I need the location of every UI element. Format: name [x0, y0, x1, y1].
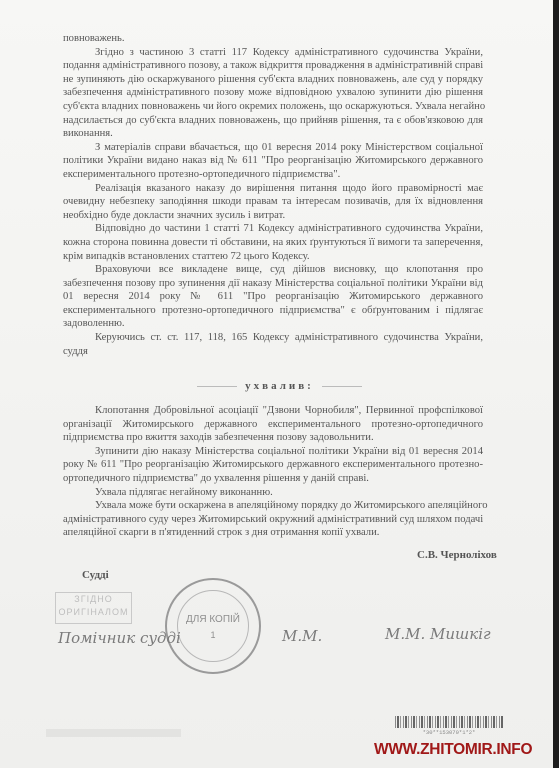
ruling-heading: ухвалив:: [0, 380, 559, 392]
judge-label: Судді: [82, 569, 109, 581]
text-line: забезпечення позову про зупинення дії на…: [63, 277, 483, 291]
text-line: адміністративного суду через Житомирськи…: [63, 513, 483, 527]
barcode-icon: [395, 716, 503, 728]
text-line: Керуючись ст. ст. 117, 118, 165 Кодексу …: [63, 331, 483, 345]
text-line: не зупиняють дію оскаржуваного рішення с…: [63, 73, 483, 87]
text-line: Ухвала може бути оскаржена в апеляційном…: [63, 499, 483, 513]
text-line: Враховуючи все викладене вище, суд дійшо…: [63, 263, 483, 277]
text-line: Зупинити дію наказу Міністерства соціаль…: [63, 445, 483, 459]
text-line: підприємства про вжиття заходів забезпеч…: [63, 431, 483, 445]
text-line: 01 вересня 2014 року № 611 "Про реоргані…: [63, 290, 483, 304]
text-line: крім випадків встановлених статтею 72 ць…: [63, 250, 483, 264]
text-line: експериментального протезно-ортопедичног…: [63, 304, 483, 318]
text-line: З матеріалів справи вбачається, що 01 ве…: [63, 141, 483, 155]
copy-stamp-line1: ЗГІДНО: [56, 593, 131, 606]
body-text-bottom: Клопотання Добровільної асоціації "Дзвон…: [63, 404, 483, 540]
handwritten-signature: М.М.: [282, 627, 322, 645]
signer-name: С.В. Черноліхов: [417, 549, 497, 561]
handwritten-note: Помічник судді: [58, 629, 181, 647]
text-line: очевидну небезпеку заподіяння шкоди прав…: [63, 195, 483, 209]
barcode-text: *30**153070*1*2*: [395, 729, 503, 736]
text-line: надсилається до суб'єкта владних повнова…: [63, 114, 483, 128]
copy-stamp-line2: ОРИГІНАЛОМ: [56, 606, 131, 619]
heading-text: ухвалив:: [245, 380, 314, 392]
court-seal-icon: ДЛЯ КОПІЙ 1: [165, 578, 261, 674]
body-text-top: повноважень.Згідно з частиною 3 статті 1…: [63, 32, 483, 358]
text-line: Відповідно до частини 1 статті 71 Кодекс…: [63, 222, 483, 236]
handwritten-name: М.М. Мишкіг: [385, 625, 491, 643]
text-line: року № 611 "Про реорганізацію Житомирськ…: [63, 458, 483, 472]
text-line: ортопедичного підприємства" до ухвалення…: [63, 472, 483, 486]
text-line: суб'єкта владних повноважень чи його окр…: [63, 100, 483, 114]
text-line: забезпечення адміністративного позову мо…: [63, 86, 483, 100]
text-line: апеляційної скарги в п'ятиденний строк з…: [63, 526, 483, 540]
text-line: експериментального протезно-ортопедичног…: [63, 168, 483, 182]
divider: [197, 386, 237, 387]
text-line: задоволенню.: [63, 317, 483, 331]
text-line: необхідно буде докласти значних зусиль і…: [63, 209, 483, 223]
text-line: кожна сторона повинна довести ті обстави…: [63, 236, 483, 250]
text-line: Клопотання Добровільної асоціації "Дзвон…: [63, 404, 483, 418]
text-line: подання адміністративного позову, а тако…: [63, 59, 483, 73]
faded-text: [46, 729, 181, 737]
site-watermark: WWW.ZHITOMIR.INFO: [374, 741, 532, 759]
text-line: політики України видано наказ від № 611 …: [63, 154, 483, 168]
text-line: суддя: [63, 345, 483, 359]
copy-stamp: ЗГІДНО ОРИГІНАЛОМ: [55, 592, 132, 624]
text-line: повноважень.: [63, 32, 483, 46]
seal-text: ДЛЯ КОПІЙ: [167, 614, 259, 625]
text-line: Реалізація вказаного наказу до вирішення…: [63, 182, 483, 196]
text-line: Ухвала підлягає негайному виконанню.: [63, 486, 483, 500]
text-line: виконання.: [63, 127, 483, 141]
text-line: організації Житомирського державного екс…: [63, 418, 483, 432]
divider: [322, 386, 362, 387]
text-line: Згідно з частиною 3 статті 117 Кодексу а…: [63, 46, 483, 60]
